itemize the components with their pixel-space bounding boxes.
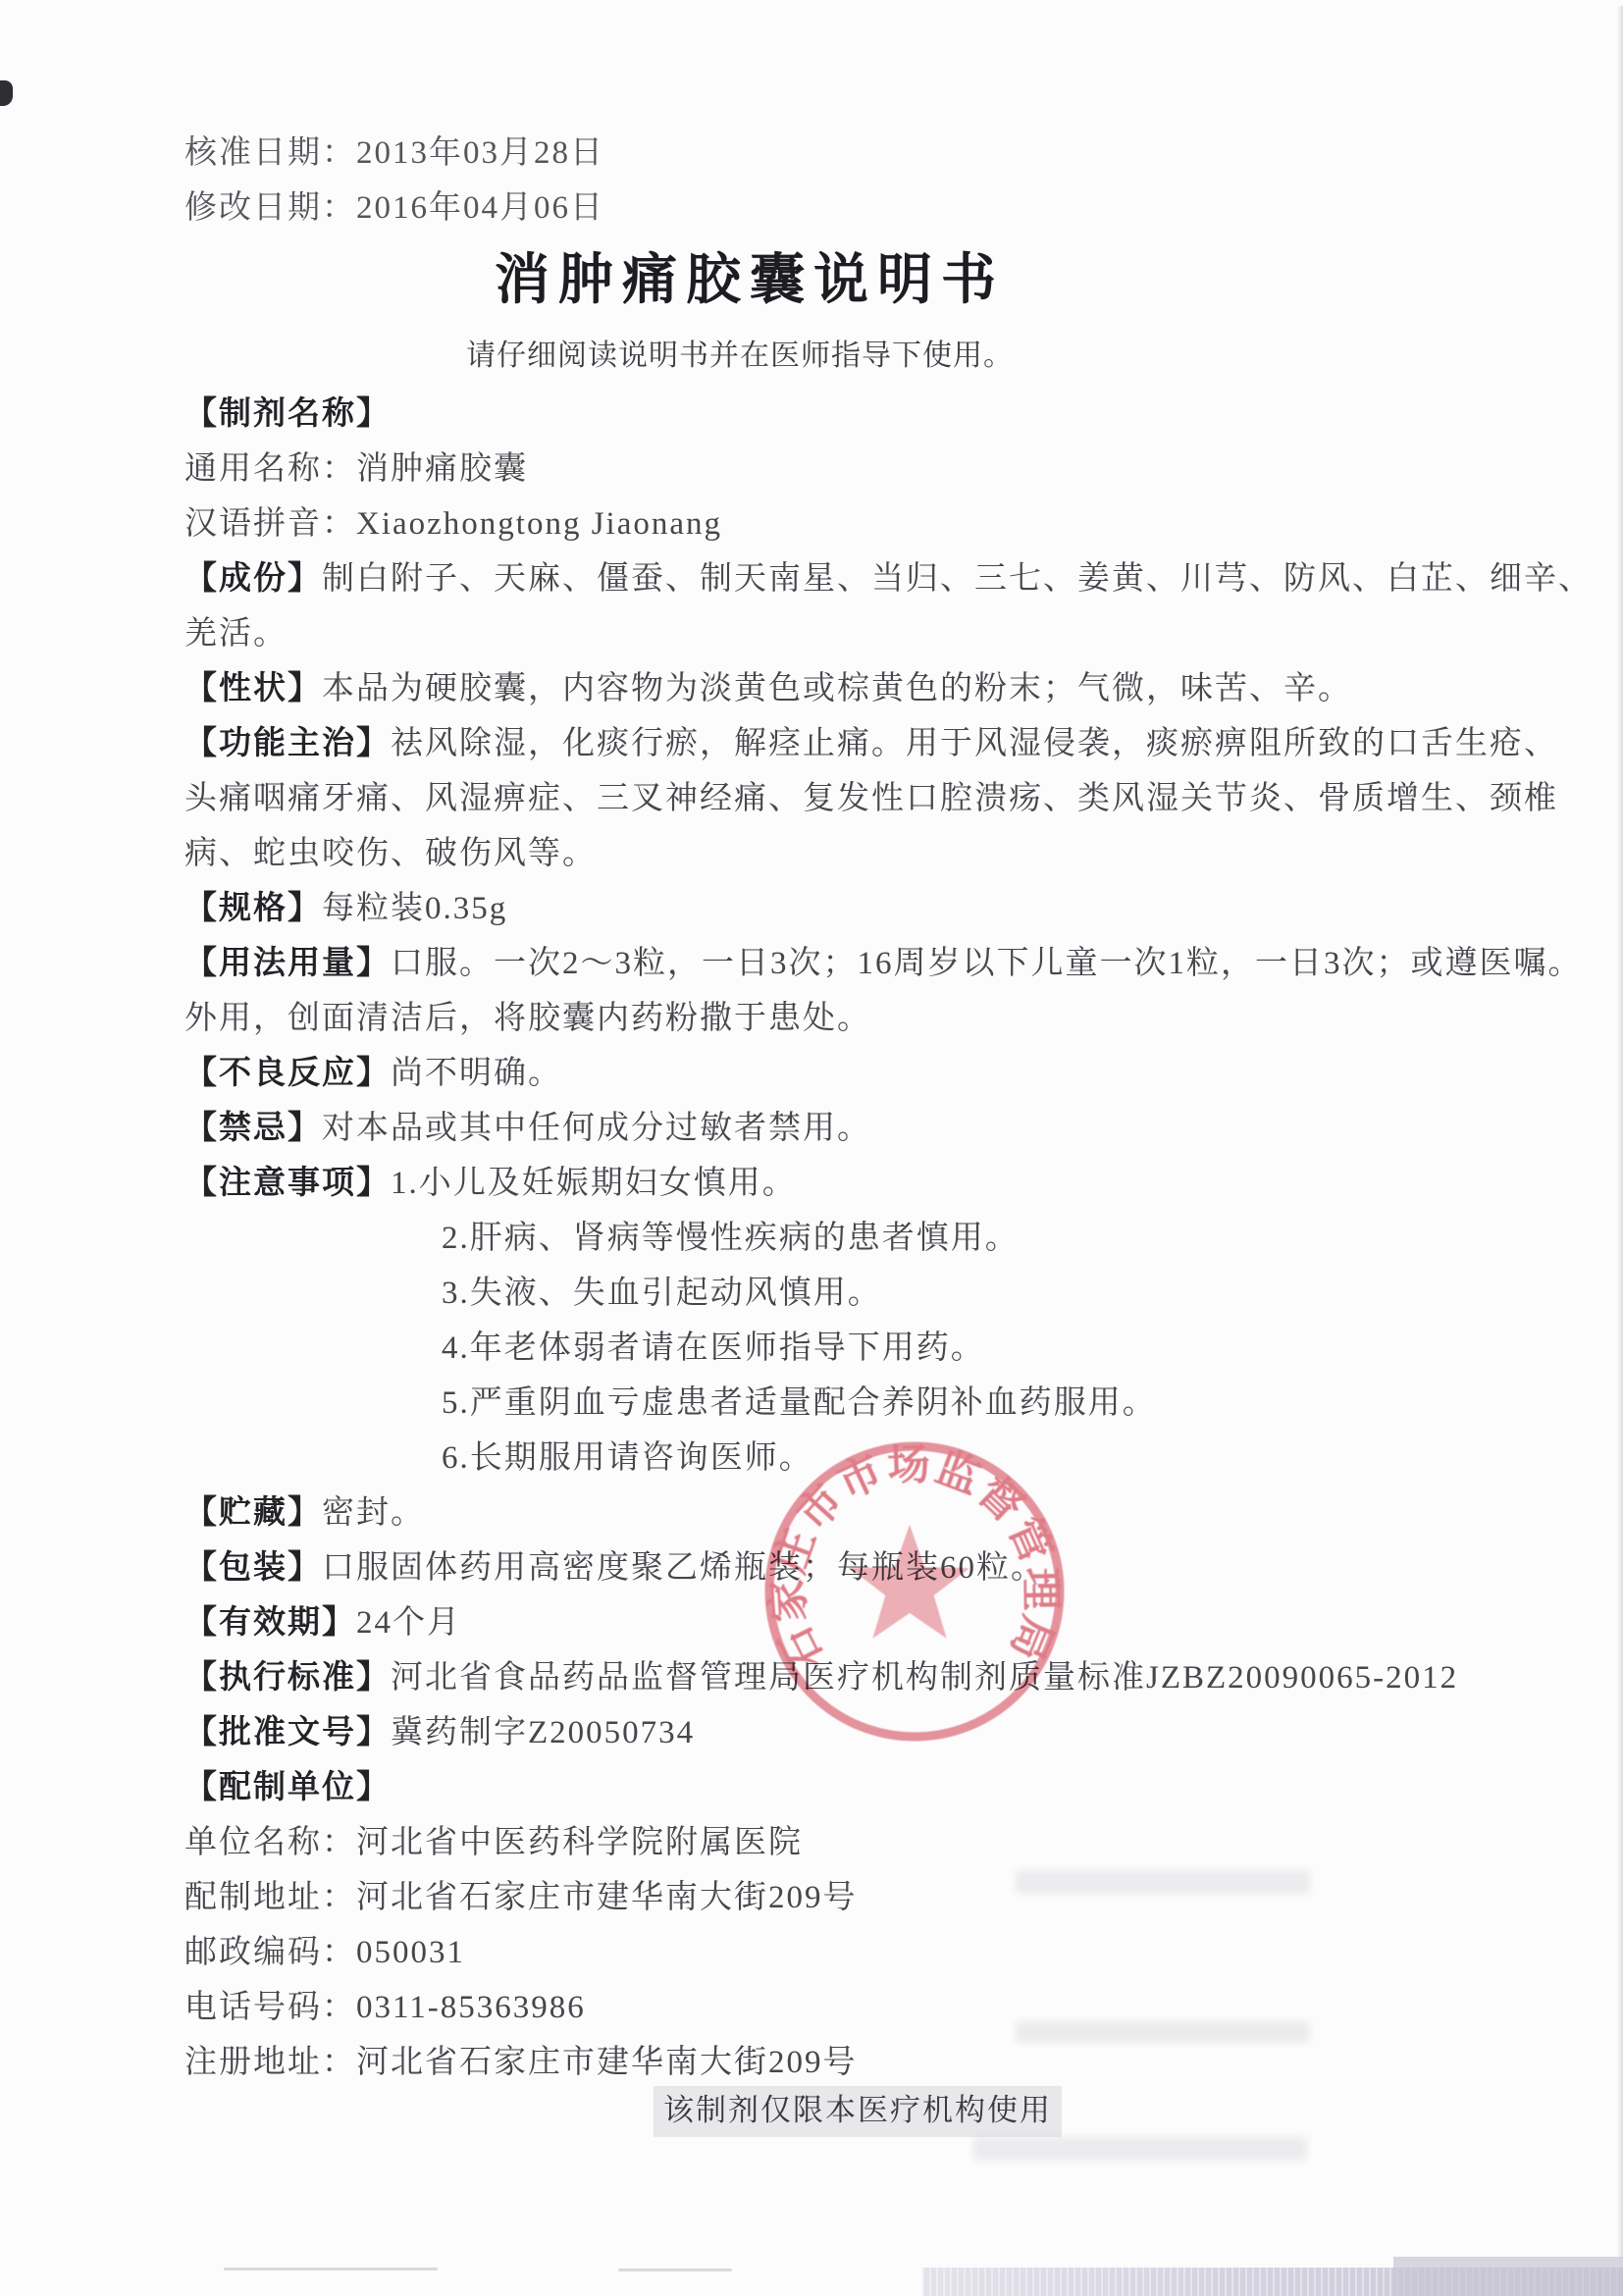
precautions-line-2: 2.肝病、肾病等慢性疾病的患者慎用。	[184, 1211, 1462, 1266]
official-stamp: 石家庄市市场监督管理局	[738, 1415, 1091, 1768]
section-label: 【性状】	[184, 671, 322, 706]
line-text: 单位名称：河北省中医药科学院附属医院	[184, 1825, 803, 1860]
preparation-name-label: 【制剂名称】	[184, 387, 1462, 442]
section-label: 【包装】	[184, 1550, 322, 1586]
precautions-line-1: 【注意事项】1.小儿及妊娠期妇女慎用。	[184, 1156, 1462, 1211]
section-label: 【规格】	[184, 891, 322, 926]
section-label: 【批准文号】	[184, 1715, 391, 1750]
dosage-line-cont: 外用，创面清洁后，将胶囊内药粉撒于患处。	[184, 991, 1462, 1046]
approval-date-line: 核准日期：2013年03月28日	[184, 126, 1462, 181]
scanned-leaflet-page: 核准日期：2013年03月28日 修改日期：2016年04月06日 消肿痛胶囊说…	[0, 0, 1623, 2296]
line-text: 3.失液、失血引起动风慎用。	[442, 1276, 882, 1311]
scan-artifact-streak	[224, 2268, 438, 2270]
scan-artifact-bleedthrough	[1016, 2021, 1310, 2043]
line-text: 24个月	[356, 1605, 461, 1641]
line-text: 配制地址：河北省石家庄市建华南大街209号	[184, 1880, 858, 1915]
indications-line: 【功能主治】祛风除湿，化痰行瘀，解痉止痛。用于风湿侵袭，痰瘀痹阻所致的口舌生疮、	[184, 716, 1462, 771]
adverse-reactions-line: 【不良反应】尚不明确。	[184, 1046, 1462, 1101]
line-text: 尚不明确。	[391, 1056, 562, 1091]
section-label: 【有效期】	[184, 1605, 356, 1641]
postal-code-line: 邮政编码：050031	[184, 1925, 1462, 1980]
precautions-line-4: 4.年老体弱者请在医师指导下用药。	[184, 1321, 1462, 1376]
pinyin-line: 汉语拼音：Xiaozhongtong Jiaonang	[184, 496, 1462, 551]
specification-line: 【规格】每粒装0.35g	[184, 881, 1462, 936]
line-text: 邮政编码：050031	[184, 1935, 465, 1970]
scan-artifact-bleedthrough	[1016, 1870, 1310, 1894]
line-text: 口服。一次2～3粒，一日3次；16周岁以下儿童一次1粒，一日3次；或遵医嘱。	[391, 946, 1583, 981]
footer-note: 该制剂仅限本医疗机构使用	[654, 2086, 1062, 2137]
section-label: 【不良反应】	[184, 1056, 391, 1091]
indications-line-cont2: 病、蛇虫咬伤、破伤风等。	[184, 826, 1462, 881]
line-text: 1.小儿及妊娠期妇女慎用。	[391, 1166, 797, 1201]
scan-artifact-left-blob	[0, 80, 13, 106]
scan-artifact-bleedthrough	[973, 2137, 1307, 2161]
line-text: 注册地址：河北省石家庄市建华南大街209号	[184, 2045, 858, 2080]
section-label: 【贮藏】	[184, 1495, 322, 1531]
scan-artifact-right-edge	[1617, 6, 1623, 2259]
line-text: 本品为硬胶囊，内容物为淡黄色或棕黄色的粉末；气微，味苦、辛。	[322, 671, 1352, 706]
ingredients-line-cont: 羌活。	[184, 606, 1462, 661]
footer-row: 该制剂仅限本医疗机构使用	[184, 2086, 1462, 2137]
scan-artifact-streak	[618, 2269, 732, 2271]
section-label: 【注意事项】	[184, 1166, 391, 1201]
revision-date-line: 修改日期：2016年04月06日	[184, 181, 1462, 235]
section-label: 【用法用量】	[184, 946, 391, 981]
registered-address-line: 注册地址：河北省石家庄市建华南大街209号	[184, 2035, 1462, 2090]
dosage-line: 【用法用量】口服。一次2～3粒，一日3次；16周岁以下儿童一次1粒，一日3次；或…	[184, 936, 1462, 991]
approval-date-text: 核准日期：2013年03月28日	[184, 135, 604, 171]
section-label: 【成份】	[184, 561, 322, 597]
page-subtitle: 请仔细阅读说明书并在医师指导下使用。	[184, 326, 1462, 387]
line-text: 祛风除湿，化痰行瘀，解痉止痛。用于风湿侵袭，痰瘀痹阻所致的口舌生疮、	[391, 726, 1558, 761]
line-text: 4.年老体弱者请在医师指导下用药。	[442, 1331, 985, 1366]
line-text: 制白附子、天麻、僵蚕、制天南星、当归、三七、姜黄、川芎、防风、白芷、细辛、	[322, 561, 1593, 597]
line-text: 外用，创面清洁后，将胶囊内药粉撒于患处。	[184, 1001, 871, 1036]
section-label: 【执行标准】	[184, 1660, 391, 1696]
line-text: 冀药制字Z20050734	[391, 1715, 695, 1750]
precautions-line-3: 3.失液、失血引起动风慎用。	[184, 1266, 1462, 1321]
description-line: 【性状】本品为硬胶囊，内容物为淡黄色或棕黄色的粉末；气微，味苦、辛。	[184, 661, 1462, 716]
line-text: 每粒装0.35g	[322, 891, 507, 926]
line-text: 病、蛇虫咬伤、破伤风等。	[184, 836, 597, 871]
line-text: 汉语拼音：Xiaozhongtong Jiaonang	[184, 506, 722, 542]
page-title: 消肿痛胶囊说明书	[184, 235, 1462, 326]
section-label: 【禁忌】	[184, 1111, 322, 1146]
section-label: 【配制单位】	[184, 1770, 391, 1805]
line-text: 羌活。	[184, 616, 288, 652]
leaflet-content: 核准日期：2013年03月28日 修改日期：2016年04月06日 消肿痛胶囊说…	[184, 126, 1462, 2137]
line-text: 头痛咽痛牙痛、风湿痹症、三叉神经痛、复发性口腔溃疡、类风湿关节炎、骨质增生、颈椎	[184, 781, 1558, 816]
line-text: 电话号码：0311-85363986	[184, 1990, 586, 2025]
ingredients-line: 【成份】制白附子、天麻、僵蚕、制天南星、当归、三七、姜黄、川芎、防风、白芷、细辛…	[184, 551, 1462, 606]
line-text: 对本品或其中任何成分过敏者禁用。	[322, 1111, 871, 1146]
line-text: 通用名称：消肿痛胶囊	[184, 451, 528, 487]
indications-line-cont1: 头痛咽痛牙痛、风湿痹症、三叉神经痛、复发性口腔溃疡、类风湿关节炎、骨质增生、颈椎	[184, 771, 1462, 826]
section-label: 【功能主治】	[184, 726, 391, 761]
unit-name-line: 单位名称：河北省中医药科学院附属医院	[184, 1815, 1462, 1870]
manufacturer-label: 【配制单位】	[184, 1760, 1462, 1815]
stamp-star-icon	[850, 1525, 969, 1639]
generic-name-line: 通用名称：消肿痛胶囊	[184, 442, 1462, 496]
scan-artifact-corner	[1393, 2257, 1623, 2296]
revision-date-text: 修改日期：2016年04月06日	[184, 190, 604, 226]
line-text: 密封。	[322, 1495, 425, 1531]
section-label: 【制剂名称】	[184, 396, 391, 432]
contraindications-line: 【禁忌】对本品或其中任何成分过敏者禁用。	[184, 1101, 1462, 1156]
line-text: 2.肝病、肾病等慢性疾病的患者慎用。	[442, 1221, 1020, 1256]
